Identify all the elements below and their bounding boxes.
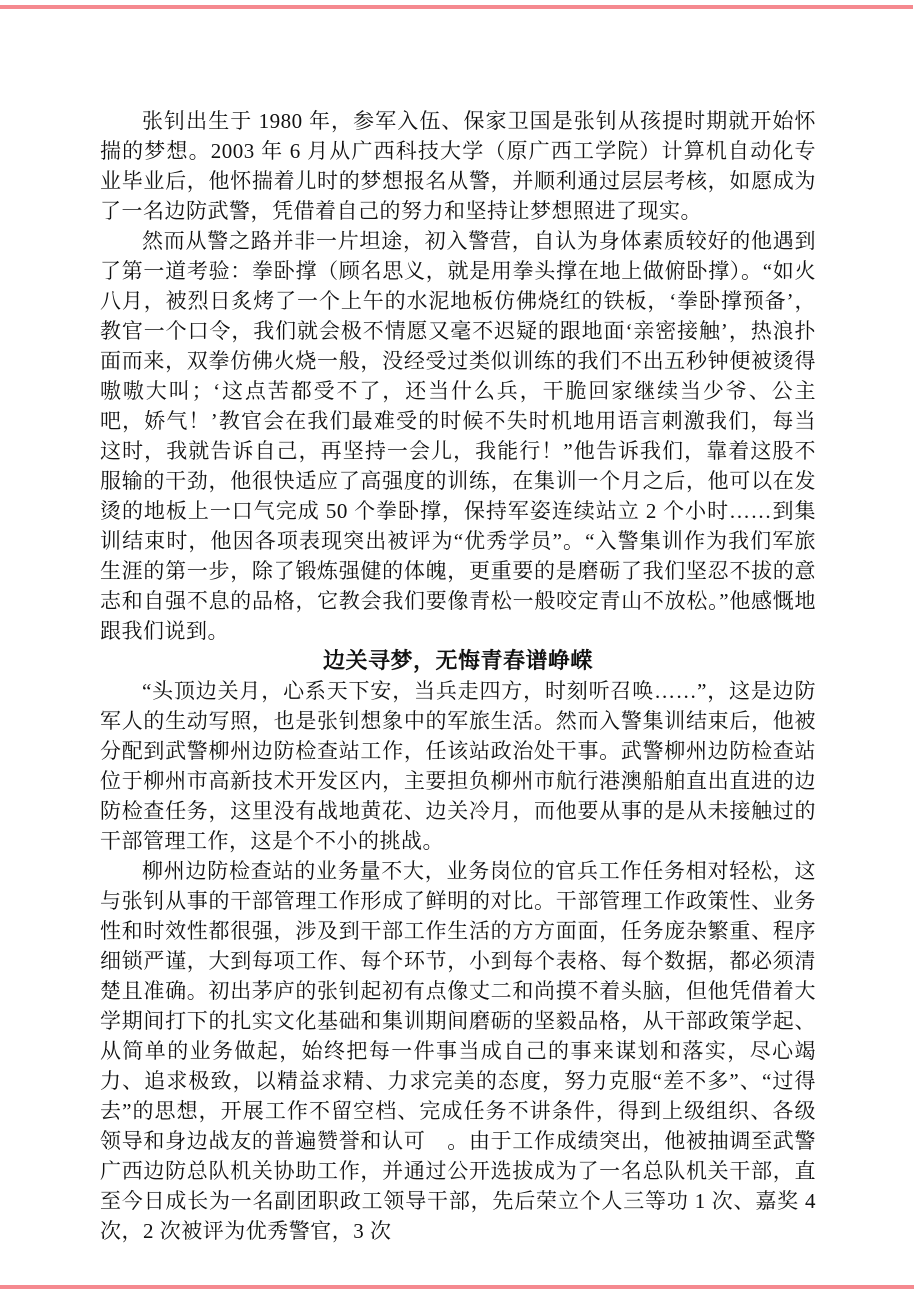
page-border-top (0, 5, 913, 9)
paragraph-intro: 张钊出生于 1980 年，参军入伍、保家卫国是张钊从孩提时期就开始怀揣的梦想。2… (100, 106, 816, 226)
section-heading: 边关寻梦，无悔青春谱峥嵘 (100, 646, 816, 676)
paragraph-assignment: “头顶边关月，心系天下安，当兵走四方，时刻听召唤……”，这是边防军人的生动写照，… (100, 676, 816, 856)
page-border-bottom (0, 1285, 914, 1289)
paragraph-training: 然而从警之路并非一片坦途，初入警营，自认为身体素质较好的他遇到了第一道考验：拳卧… (100, 226, 816, 646)
document-body: 张钊出生于 1980 年，参军入伍、保家卫国是张钊从孩提时期就开始怀揣的梦想。2… (100, 106, 816, 1246)
document-page: 张钊出生于 1980 年，参军入伍、保家卫国是张钊从孩提时期就开始怀揣的梦想。2… (0, 0, 917, 1296)
paragraph-career: 柳州边防检查站的业务量不大，业务岗位的官兵工作任务相对轻松，这与张钊从事的干部管… (100, 856, 816, 1246)
